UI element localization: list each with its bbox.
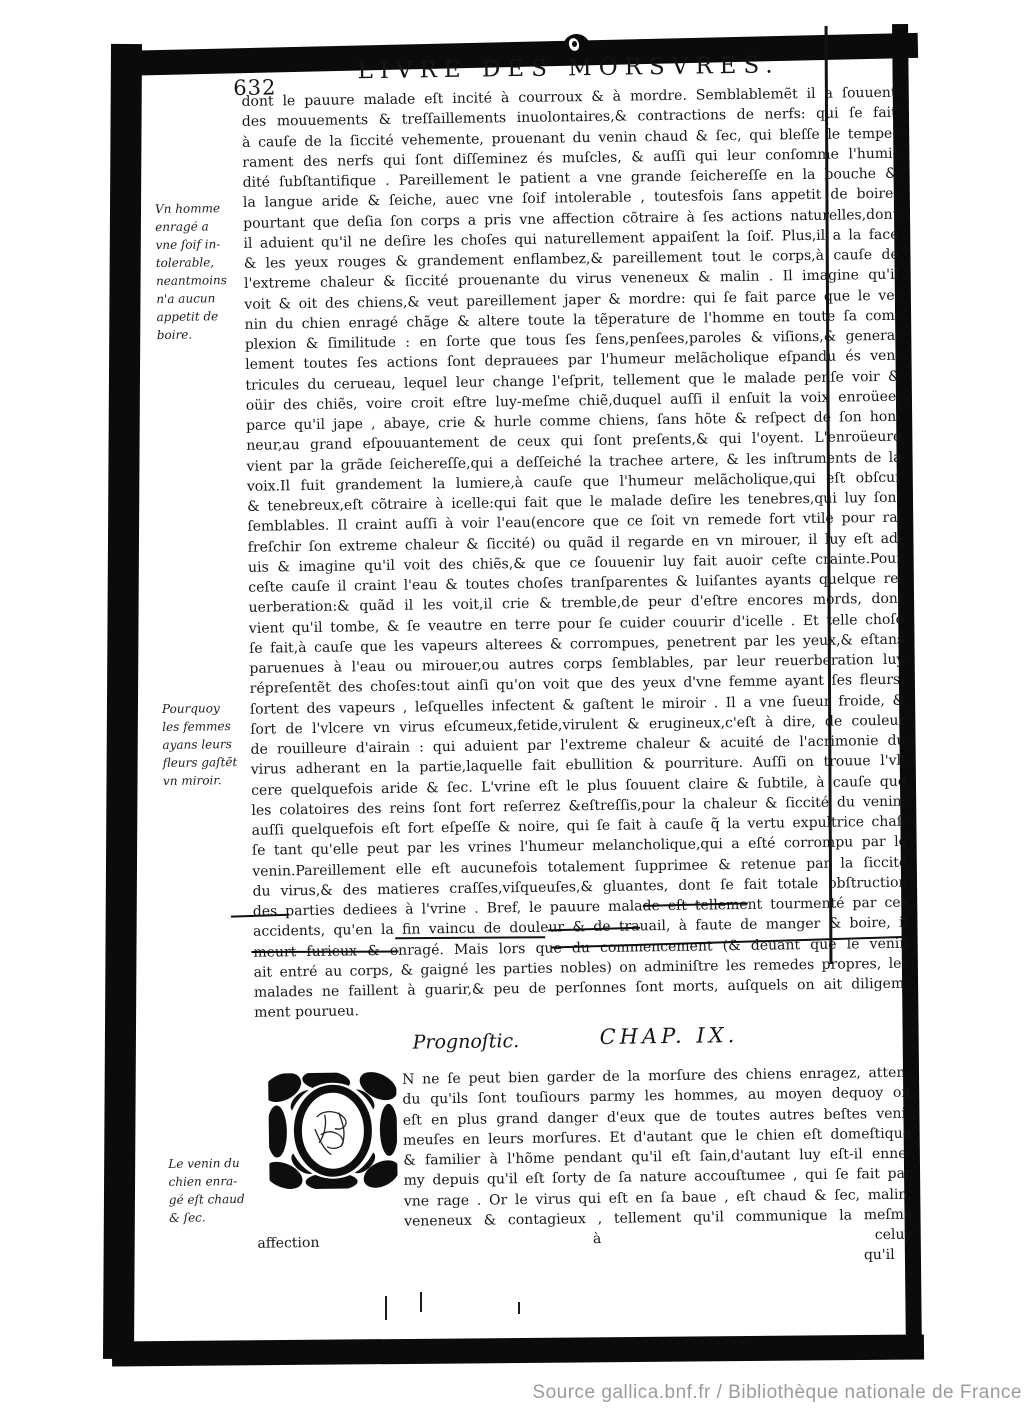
margin-note-line: gé eſt chaud: [169, 1190, 259, 1209]
margin-note-line: ayans leurs: [162, 735, 252, 754]
margin-note-line: vn miroir.: [163, 771, 253, 790]
chapter-subtitle: Prognoſtic.: [413, 1030, 520, 1053]
margin-note-line: enragé a: [155, 217, 245, 236]
margin-note-dog-venom: Le venin du chien enra- gé eſt chaud & ſ…: [168, 1154, 259, 1227]
body-text: dont le pauure malade eſt incité à courr…: [241, 83, 909, 1024]
margin-note-rabid-thirst: Vn homme enragé a vne ſoif in- tolerable…: [155, 199, 247, 344]
margin-note-line: vne ſoif in-: [155, 235, 245, 254]
margin-note-line: n'a aucun: [156, 289, 246, 308]
margin-note-line: boire.: [157, 325, 247, 344]
margin-note-line: chien enra-: [168, 1172, 258, 1191]
margin-note-line: les femmes: [162, 717, 252, 736]
chapter-number: CHAP. IX.: [599, 1023, 738, 1049]
page-content: 632 LIVRE DES MORSVRES. Vn homme enragé …: [128, 0, 920, 1415]
margin-note-women-mirror: Pourquoy les femmes ayans leurs fleurs g…: [162, 699, 253, 790]
margin-note-line: appetit de: [156, 307, 246, 326]
margin-note-line: & ſec.: [169, 1208, 259, 1227]
margin-note-line: Le venin du: [168, 1154, 258, 1173]
margin-note-line: neantmoins: [156, 271, 246, 290]
historiated-initial-O-icon: [268, 1072, 398, 1190]
chapter-paragraph: N ne ſe peut bien garder de la morſure d…: [255, 1063, 913, 1275]
scanned-book-page: 632 LIVRE DES MORSVRES. Vn homme enragé …: [0, 0, 1024, 1415]
margin-note-line: Vn homme: [155, 199, 245, 218]
margin-note-line: tolerable,: [156, 253, 246, 272]
running-header: LIVRE DES MORSVRES.: [241, 51, 896, 86]
gallica-watermark: Source gallica.bnf.fr / Bibliothèque nat…: [532, 1382, 1022, 1404]
margin-note-line: Pourquoy: [162, 699, 252, 718]
margin-note-line: fleurs gaſtẽt: [163, 753, 253, 772]
